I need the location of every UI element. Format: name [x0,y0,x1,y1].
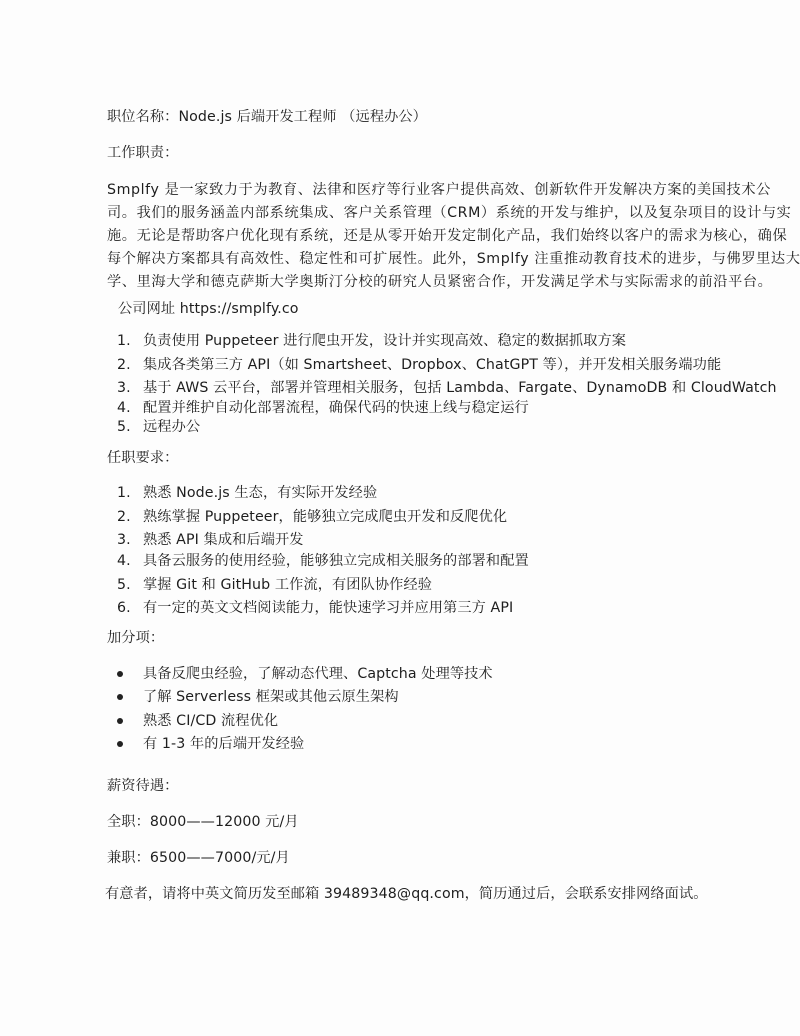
contact-info: 有意者，请将中英文简历发至邮箱 39489348@qq.com，简历通过后，会联… [105,884,708,904]
list-text: 有 1-3 年的后端开发经验 [143,734,304,754]
list-number: 5. [117,575,131,595]
list-text: 集成各类第三方 API（如 Smartsheet、Dropbox、ChatGPT… [143,355,721,375]
list-text: 远程办公 [143,417,200,437]
list-number: 3. [117,530,131,550]
bullet-icon [117,671,123,677]
list-text: 具备反爬虫经验，了解动态代理、Captcha 处理等技术 [143,664,493,684]
salary-heading: 薪资待遇： [107,776,178,796]
list-number: 1. [117,331,131,351]
list-number: 2. [117,507,131,527]
list-text: 熟悉 API 集成和后端开发 [143,530,304,550]
list-number: 4. [117,398,131,418]
list-text: 掌握 Git 和 GitHub 工作流，有团队协作经验 [143,575,432,595]
bullet-icon [117,694,123,700]
bullet-icon [117,718,123,724]
bonus-heading: 加分项： [107,628,164,648]
list-text: 了解 Serverless 框架或其他云原生架构 [143,687,399,707]
list-text: 熟悉 Node.js 生态，有实际开发经验 [143,483,377,503]
list-text: 配置并维护自动化部署流程，确保代码的快速上线与稳定运行 [143,398,529,418]
list-text: 具备云服务的使用经验，能够独立完成相关服务的部署和配置 [143,551,529,571]
list-text: 基于 AWS 云平台，部署并管理相关服务，包括 Lambda、Fargate、D… [143,378,777,398]
responsibilities-heading: 工作职责： [107,143,178,163]
intro-line-5: 学、里海大学和德克萨斯大学奥斯汀分校的研究人员紧密合作，开发满足学术与实际需求的… [107,272,692,292]
list-number: 4. [117,551,131,571]
intro-line-3: 施。无论是帮助客户优化现有系统，还是从零开始开发定制化产品，我们始终以客户的需求… [107,226,692,246]
list-number: 2. [117,355,131,375]
intro-line-4: 每个解决方案都具有高效性、稳定性和可扩展性。此外，Smplfy 注重推动教育技术… [107,249,692,269]
intro-line-1: Smplfy 是一家致力于为教育、法律和医疗等行业客户提供高效、创新软件开发解决… [107,180,692,200]
list-number: 3. [117,378,131,398]
requirements-heading: 任职要求： [107,448,178,468]
salary-parttime: 兼职：6500——7000/元/月 [107,848,290,868]
salary-fulltime: 全职：8000——12000 元/月 [107,812,299,832]
list-text: 负责使用 Puppeteer 进行爬虫开发，设计并实现高效、稳定的数据抓取方案 [143,331,626,351]
list-text: 熟练掌握 Puppeteer，能够独立完成爬虫开发和反爬优化 [143,507,507,527]
document-page: 职位名称：Node.js 后端开发工程师 （远程办公） 工作职责： Smplfy… [0,0,800,1036]
list-number: 6. [117,598,131,618]
list-text: 有一定的英文文档阅读能力，能快速学习并应用第三方 API [143,598,513,618]
intro-line-2: 司。我们的服务涵盖内部系统集成、客户关系管理（CRM）系统的开发与维护，以及复杂… [107,203,692,223]
list-number: 5. [117,417,131,437]
job-title: 职位名称：Node.js 后端开发工程师 （远程办公） [107,107,427,127]
list-number: 1. [117,483,131,503]
bullet-icon [117,741,123,747]
company-website: 公司网址 https://smplfy.co [118,299,299,319]
list-text: 熟悉 CI/CD 流程优化 [143,711,278,731]
